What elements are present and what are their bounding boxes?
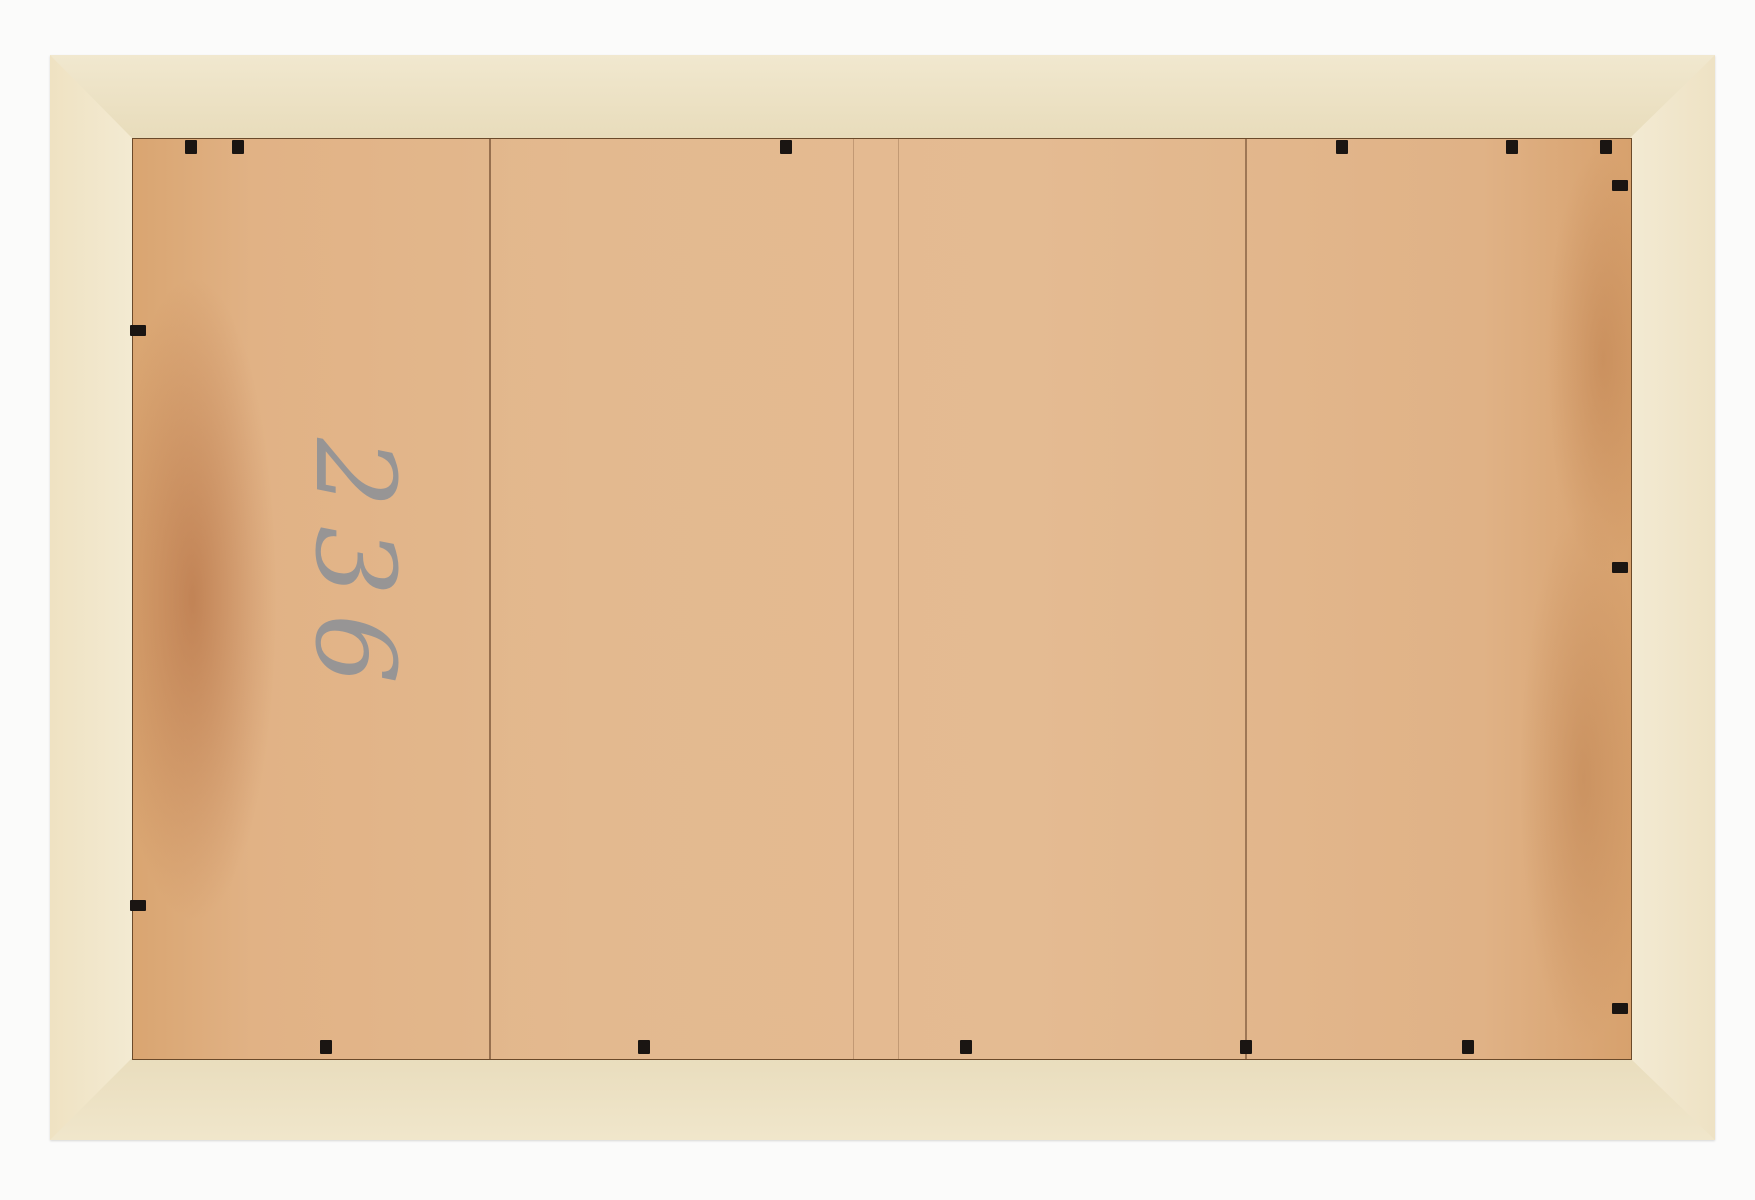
frame-left-rail	[50, 55, 132, 1140]
glazier-point	[1336, 140, 1348, 154]
wood-seam	[489, 139, 491, 1059]
wood-seam	[1245, 139, 1247, 1059]
glazier-point	[1612, 562, 1628, 573]
glazier-point	[130, 900, 146, 911]
glazier-point	[638, 1040, 650, 1054]
glazier-point	[1462, 1040, 1474, 1054]
glazier-point	[1506, 140, 1518, 154]
glazier-point	[1600, 140, 1612, 154]
glazier-point	[1612, 1003, 1628, 1014]
wood-grain-line	[853, 139, 854, 1059]
glazier-point	[320, 1040, 332, 1054]
glazier-point	[1612, 180, 1628, 191]
frame-right-rail	[1630, 55, 1715, 1140]
glazier-point	[130, 325, 146, 336]
glazier-point	[232, 140, 244, 154]
frame-top-rail	[50, 55, 1715, 138]
handwritten-number: 236	[310, 410, 400, 730]
glazier-point	[960, 1040, 972, 1054]
frame-bottom-rail	[50, 1058, 1715, 1140]
glazier-point	[780, 140, 792, 154]
glazier-point	[1240, 1040, 1252, 1054]
wood-grain-line	[898, 139, 899, 1059]
inscription-text: 236	[291, 438, 419, 702]
glazier-point	[185, 140, 197, 154]
